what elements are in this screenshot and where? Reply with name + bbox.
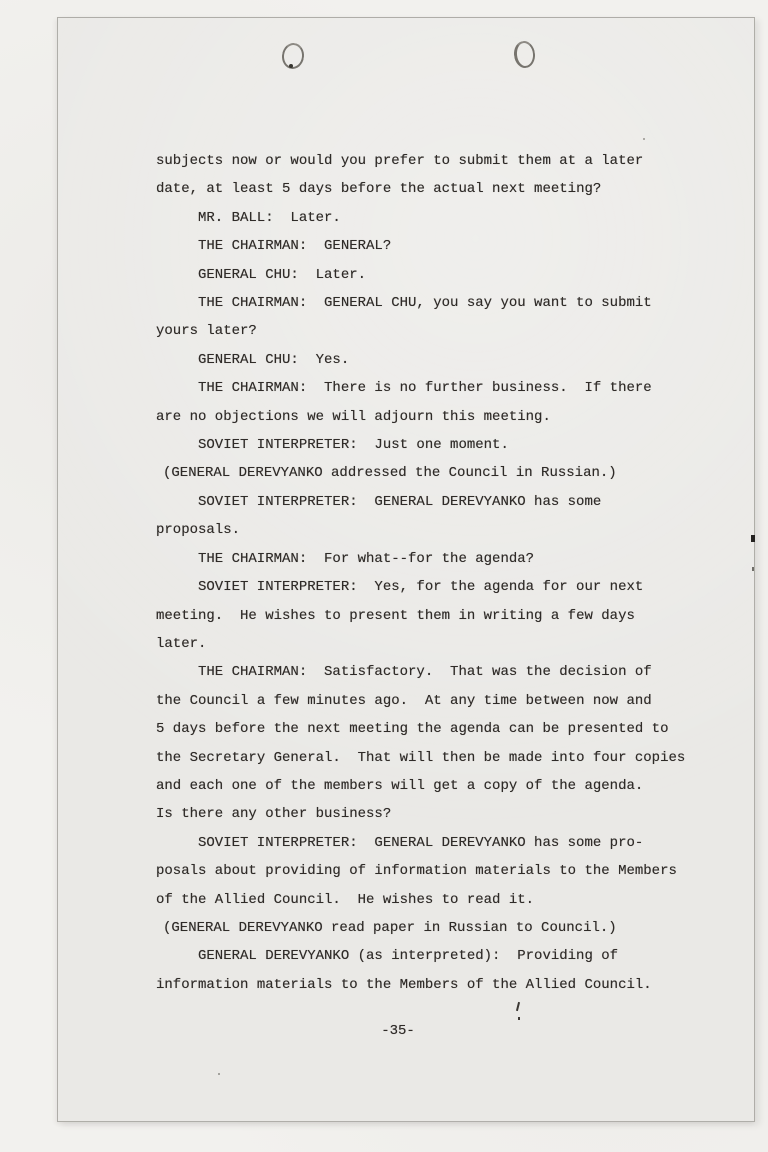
transcript-line: GENERAL CHU: Yes. (198, 346, 716, 374)
transcript-line: date, at least 5 days before the actual … (156, 175, 716, 203)
transcript-line: posals about providing of information ma… (156, 857, 716, 885)
transcript-line: SOVIET INTERPRETER: GENERAL DEREVYANKO h… (198, 829, 716, 857)
transcript-line: information materials to the Members of … (156, 971, 716, 999)
transcript-line: proposals. (156, 516, 716, 544)
transcript-line: meeting. He wishes to present them in wr… (156, 602, 716, 630)
transcript-line: SOVIET INTERPRETER: Just one moment. (198, 431, 716, 459)
scan-artifact-mark (752, 567, 754, 571)
transcript-line: of the Allied Council. He wishes to read… (156, 886, 716, 914)
transcript-line: THE CHAIRMAN: For what--for the agenda? (198, 545, 716, 573)
scan-artifact-mark (643, 138, 645, 140)
page-number: -35- (50, 1023, 746, 1039)
transcript-line: THE CHAIRMAN: There is no further busine… (198, 374, 716, 402)
scan-artifact-mark (518, 1017, 520, 1020)
scan-artifact-mark (218, 1073, 220, 1075)
ink-speck (289, 64, 293, 68)
transcript-line: THE CHAIRMAN: GENERAL CHU, you say you w… (198, 289, 716, 317)
punch-hole-right-icon (513, 40, 537, 69)
transcript-text: subjects now or would you prefer to subm… (156, 147, 716, 999)
transcript-line: THE CHAIRMAN: Satisfactory. That was the… (198, 658, 716, 686)
transcript-line: are no objections we will adjourn this m… (156, 403, 716, 431)
transcript-line: MR. BALL: Later. (198, 204, 716, 232)
transcript-line: (GENERAL DEREVYANKO read paper in Russia… (163, 914, 716, 942)
transcript-line: (GENERAL DEREVYANKO addressed the Counci… (163, 459, 716, 487)
transcript-line: SOVIET INTERPRETER: Yes, for the agenda … (198, 573, 716, 601)
document-page: subjects now or would you prefer to subm… (57, 17, 755, 1122)
transcript-line: and each one of the members will get a c… (156, 772, 716, 800)
transcript-line: GENERAL DEREVYANKO (as interpreted): Pro… (198, 942, 716, 970)
transcript-line: yours later? (156, 317, 716, 345)
transcript-line: THE CHAIRMAN: GENERAL? (198, 232, 716, 260)
transcript-line: subjects now or would you prefer to subm… (156, 147, 716, 175)
transcript-line: 5 days before the next meeting the agend… (156, 715, 716, 743)
scan-artifact-mark (516, 1002, 520, 1011)
transcript-line: GENERAL CHU: Later. (198, 261, 716, 289)
transcript-line: Is there any other business? (156, 800, 716, 828)
transcript-line: the Secretary General. That will then be… (156, 744, 716, 772)
transcript-line: the Council a few minutes ago. At any ti… (156, 687, 716, 715)
transcript-line: later. (156, 630, 716, 658)
scan-artifact-mark (751, 535, 755, 542)
transcript-line: SOVIET INTERPRETER: GENERAL DEREVYANKO h… (198, 488, 716, 516)
punch-hole-left-icon (280, 42, 305, 70)
